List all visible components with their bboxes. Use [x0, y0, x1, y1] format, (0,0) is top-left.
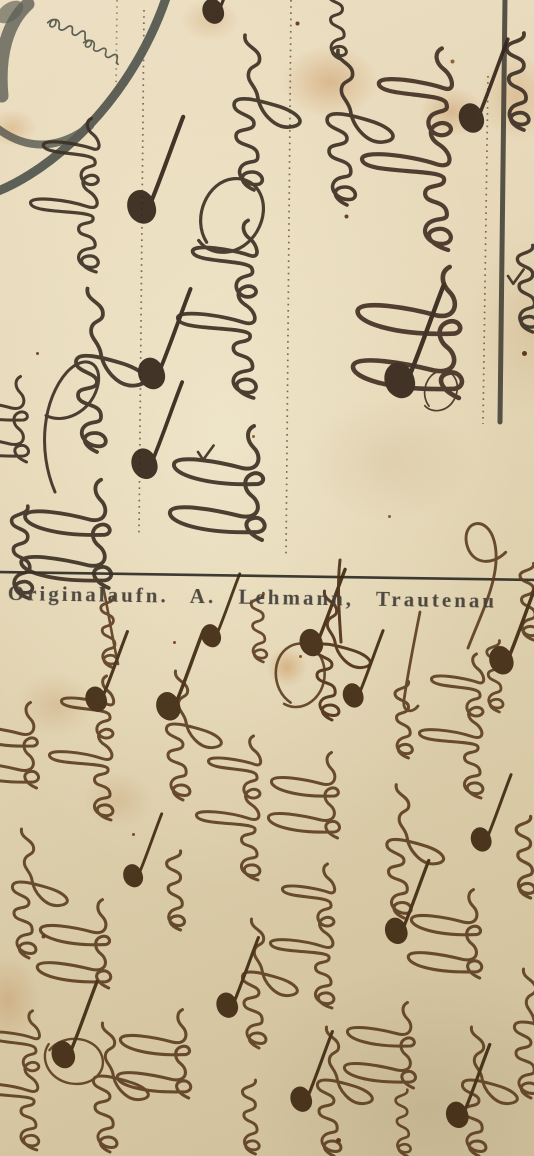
postmark-letters — [47, 16, 90, 43]
address-word-krakau — [353, 48, 462, 415]
message-handwriting — [0, 524, 534, 1156]
dotted-guide-line — [286, 0, 291, 556]
u-breve-mark — [198, 446, 214, 460]
dotted-guide-line — [116, 0, 117, 92]
flourish-over-credit — [466, 524, 506, 648]
postcard-ink-marks — [0, 0, 534, 1156]
dotted-guide-line — [483, 76, 488, 424]
postcard-photo: Originalaufn. A. Lehmann, Trautenau — [0, 0, 534, 1156]
card-edge-line — [500, 0, 505, 422]
address-handwriting — [0, 0, 534, 598]
address-guide-lines — [116, 0, 505, 556]
postmark-letters — [82, 37, 122, 66]
